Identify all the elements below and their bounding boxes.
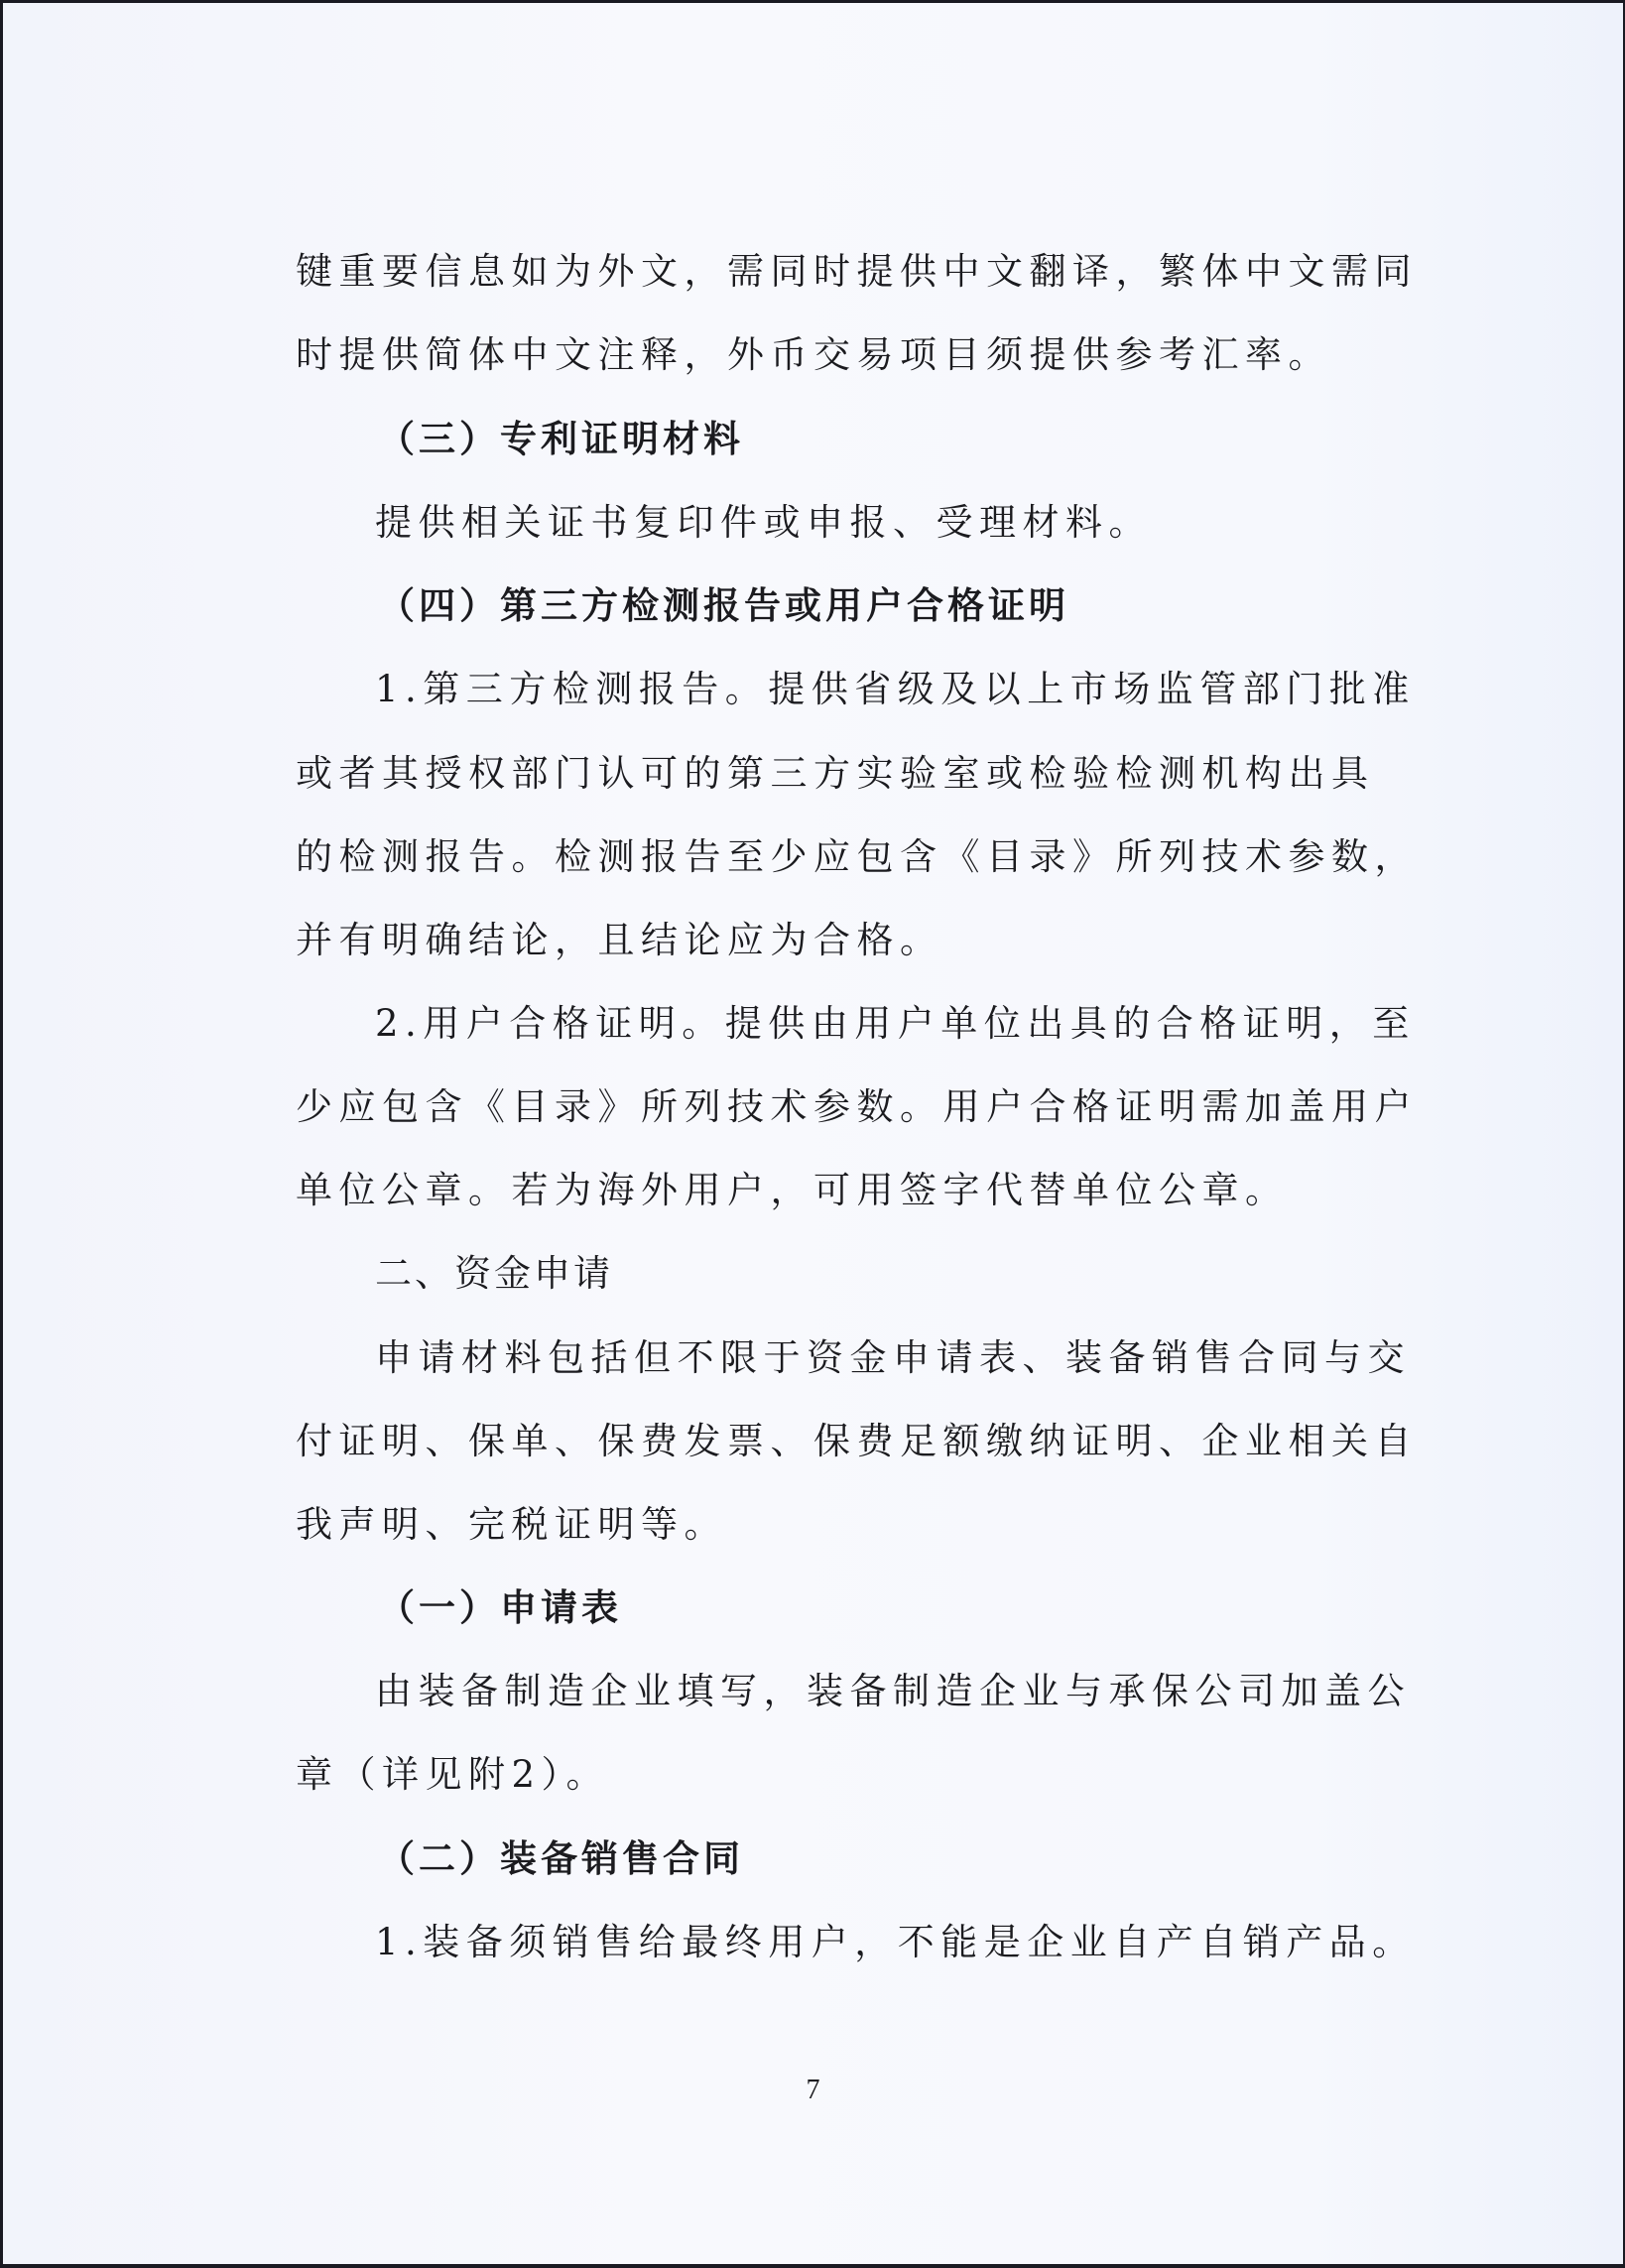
body-text-line: 或者其授权部门认可的第三方实验室或检验检测机构出具 [296,755,1375,792]
body-text-line: 我声明、完税证明等。 [296,1506,727,1543]
body-text-line: 并有明确结论，且结论应为合格。 [296,922,943,958]
body-text-line: 1.装备须销售给最终用户，不能是企业自产自销产品。 [375,1924,1416,1960]
body-text-line: 的检测报告。检测报告至少应包含《目录》所列技术参数， [296,838,1418,875]
subheading-sales-contract: （二）装备销售合同 [378,1840,744,1877]
page-number: 7 [3,2075,1623,2106]
body-text-line: 申请材料包括但不限于资金申请表、装备销售合同与交 [375,1339,1411,1376]
body-text-line: 付证明、保单、保费发票、保费足额缴纳证明、企业相关自 [296,1423,1418,1459]
subheading-test-report: （四）第三方检测报告或用户合格证明 [378,587,1069,624]
document-page: 键重要信息如为外文，需同时提供中文翻译，繁体中文需同 时提供简体中文注释，外币交… [3,3,1623,2264]
body-text-line: 章（详见附2）。 [296,1756,609,1793]
section-heading-fund-application: 二、资金申请 [375,1255,613,1292]
body-text-line: 少应包含《目录》所列技术参数。用户合格证明需加盖用户 [296,1088,1418,1125]
subheading-patent-materials: （三）专利证明材料 [378,421,744,457]
body-text-line: 单位公章。若为海外用户，可用签字代替单位公章。 [296,1172,1289,1208]
body-text-line: 时提供简体中文注释，外币交易项目须提供参考汇率。 [296,336,1331,373]
body-text-line: 由装备制造企业填写，装备制造企业与承保公司加盖公 [375,1673,1411,1709]
body-text-line: 2.用户合格证明。提供由用户单位出具的合格证明，至 [375,1005,1416,1042]
body-text-line: 提供相关证书复印件或申报、受理材料。 [375,504,1152,541]
body-text-line: 键重要信息如为外文，需同时提供中文翻译，繁体中文需同 [296,253,1418,290]
subheading-application-form: （一）申请表 [378,1589,622,1626]
body-text-line: 1.第三方检测报告。提供省级及以上市场监管部门批准 [375,671,1416,707]
